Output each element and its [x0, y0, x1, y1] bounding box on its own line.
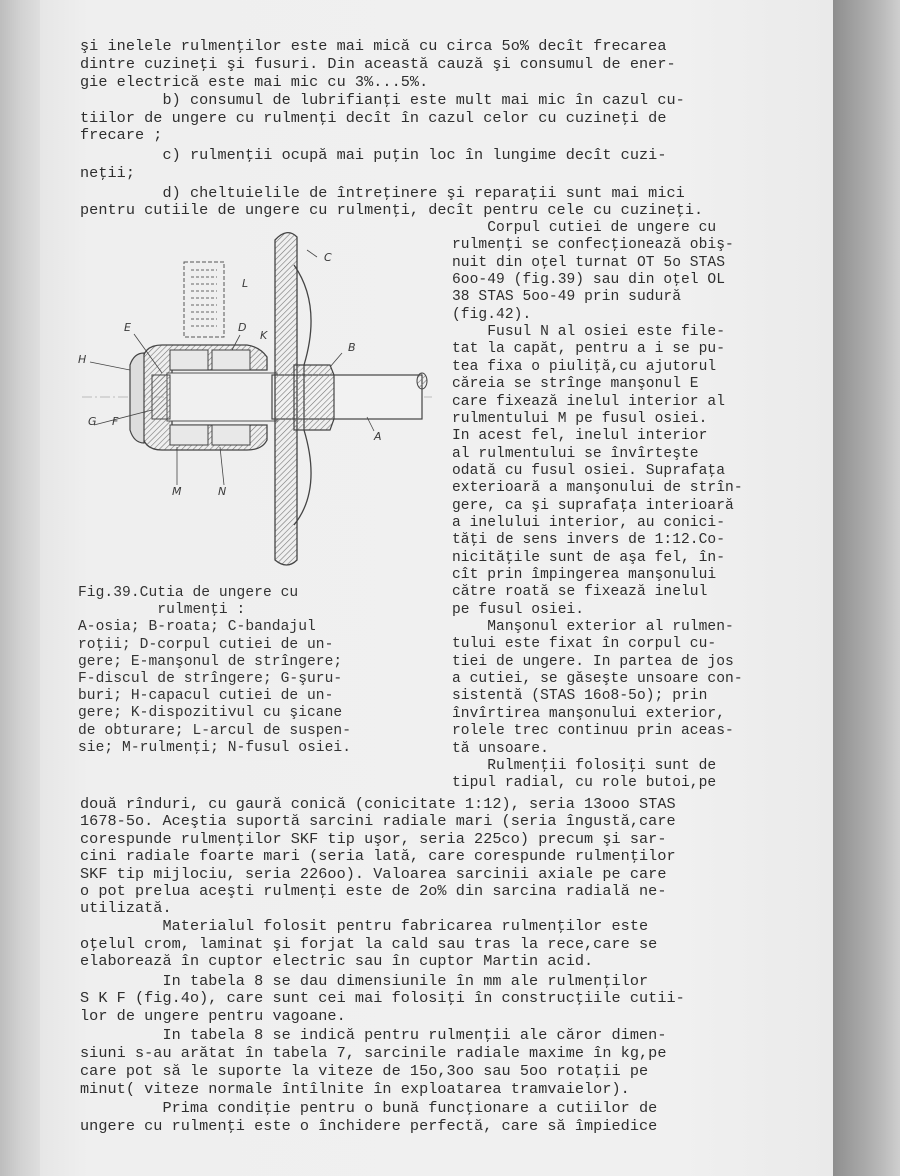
- book-spine-edge: [833, 0, 900, 1176]
- figure-label-g: G: [88, 415, 97, 428]
- text-line: gere, ca şi suprafaţa interioară: [452, 498, 734, 515]
- text-line: c) rulmenţii ocupă mai puţin loc în lung…: [80, 147, 667, 164]
- text-line: buri; H-capacul cutiei de un-: [78, 688, 333, 705]
- figure-label-f: F: [112, 415, 118, 428]
- text-line: dintre cuzineţi şi fusuri. Din această c…: [80, 56, 676, 73]
- text-line: care pot să le suporte la viteze de 15o,…: [80, 1063, 648, 1080]
- text-line: 6oo-49 (fig.39) sau din oţel OL: [452, 272, 725, 289]
- text-line: Materialul folosit pentru fabricarea rul…: [80, 918, 648, 935]
- text-line: a cutiei, se găseşte unsoare con-: [452, 671, 743, 688]
- text-line: Fig.39.Cutia de ungere cu: [78, 585, 298, 602]
- text-line: rolele trec continuu prin aceas-: [452, 723, 734, 740]
- text-line: pentru cutiile de ungere cu rulmenţi, de…: [80, 202, 703, 219]
- text-line: Manşonul exterior al rulmen-: [452, 619, 734, 636]
- text-line: rulmentului M pe fusul osiei.: [452, 411, 707, 428]
- text-line: corespunde rulmenţilor SKF tip uşor, ser…: [80, 831, 667, 848]
- text-line: tea fixa o piuliţă,cu ajutorul: [452, 359, 716, 376]
- figure-label-a: A: [374, 430, 382, 443]
- figure-label-n: N: [218, 485, 226, 498]
- text-line: odată cu fusul osiei. Suprafaţa: [452, 463, 725, 480]
- text-line: cini radiale foarte mari (seria lată, ca…: [80, 848, 676, 865]
- figure-label-c: C: [324, 251, 332, 264]
- text-line: Rulmenţii folosiţi sunt de: [452, 758, 716, 775]
- text-line: elaborează în cuptor electric sau în cup…: [80, 953, 593, 970]
- text-line: In tabela 8 se dau dimensiunile în mm al…: [80, 973, 648, 990]
- text-line: de obturare; L-arcul de suspen-: [78, 723, 351, 740]
- text-line: minut( viteze normale întîlnite în explo…: [80, 1081, 630, 1098]
- text-line: tat la capăt, pentru a i se pu-: [452, 341, 725, 358]
- text-line: siuni s-au arătat în tabela 7, sarcinile…: [80, 1045, 667, 1062]
- figure-label-m: M: [172, 485, 182, 498]
- text-line: Corpul cutiei de ungere cu: [452, 220, 716, 237]
- text-line: A-osia; B-roata; C-bandajul: [78, 619, 316, 636]
- text-line: şi inelele rulmenţilor este mai mică cu …: [80, 38, 667, 55]
- figure-label-h: H: [78, 353, 86, 366]
- text-line: rulmenţi se confecţionează obiş-: [452, 237, 734, 254]
- text-line: gere; E-manşonul de strîngere;: [78, 654, 342, 671]
- text-line: F-discul de strîngere; G-şuru-: [78, 671, 342, 688]
- text-line: Fusul N al osiei este file-: [452, 324, 725, 341]
- text-line: care fixează inelul interior al: [452, 394, 725, 411]
- text-line: b) consumul de lubrifianţi este mult mai…: [80, 92, 685, 109]
- text-line: Prima condiţie pentru o bună funcţionare…: [80, 1100, 657, 1117]
- text-line: gie electrică este mai mic cu 3%...5%.: [80, 74, 428, 91]
- text-line: exterioară a manşonului de strîn-: [452, 480, 743, 497]
- text-line: două rînduri, cu gaură conică (conicitat…: [80, 796, 676, 813]
- text-line: gere; K-dispozitivul cu şicane: [78, 705, 342, 722]
- figure-39-axle-box-drawing: C L E D K B H G F A M N: [72, 225, 442, 575]
- text-line: al rulmentului se învîrteşte: [452, 446, 699, 463]
- text-line: In acest fel, inelul interior: [452, 428, 707, 445]
- axle-box-bearing-illustration: [72, 225, 442, 575]
- text-line: oţelul crom, laminat şi forjat la cald s…: [80, 936, 657, 953]
- text-line: tăţi de sens invers de 1:12.Co-: [452, 532, 725, 549]
- text-line: pe fusul osiei.: [452, 602, 584, 619]
- text-line: către roată se fixează inelul: [452, 584, 707, 601]
- text-line: frecare ;: [80, 127, 162, 144]
- text-line: neţii;: [80, 165, 135, 182]
- text-line: tiilor de ungere cu rulmenţi decît în ca…: [80, 110, 667, 127]
- text-line: sie; M-rulmenţi; N-fusul osiei.: [78, 740, 351, 757]
- figure-label-b: B: [348, 341, 356, 354]
- text-line: utilizată.: [80, 900, 172, 917]
- text-line: d) cheltuielile de întreţinere şi repara…: [80, 185, 685, 202]
- text-line: o pot prelua aceşti rulmenţi este de 2o%…: [80, 883, 667, 900]
- text-line: tipul radial, cu role butoi,pe: [452, 775, 716, 792]
- figure-label-k: K: [260, 329, 267, 342]
- text-line: tiei de ungere. In partea de jos: [452, 654, 734, 671]
- text-line: nicităţile sunt de aşa fel, în-: [452, 550, 725, 567]
- text-line: 38 STAS 5oo-49 prin sudură: [452, 289, 681, 306]
- text-line: rulmenţi :: [78, 602, 245, 619]
- figure-label-e: E: [124, 321, 131, 334]
- text-line: a inelului interior, au conici-: [452, 515, 725, 532]
- text-line: 1678-5o. Aceştia suportă sarcini radiale…: [80, 813, 676, 830]
- figure-label-d: D: [238, 321, 246, 334]
- text-line: S K F (fig.4o), care sunt cei mai folosi…: [80, 990, 685, 1007]
- text-line: SKF tip mijlociu, seria 226oo). Valoarea…: [80, 866, 667, 883]
- text-line: tă unsoare.: [452, 741, 549, 758]
- text-line: ungere cu rulmenţi este o închidere perf…: [80, 1118, 657, 1135]
- text-line: nuit din oţel turnat OT 5o STAS: [452, 255, 725, 272]
- text-line: (fig.42).: [452, 307, 531, 324]
- text-line: tului este fixat în corpul cu-: [452, 636, 716, 653]
- figure-label-l: L: [242, 277, 248, 290]
- text-line: sistentă (STAS 16o8-5o); prin: [452, 688, 707, 705]
- text-line: cît prin împingerea manşonului: [452, 567, 716, 584]
- text-line: In tabela 8 se indică pentru rulmenţii a…: [80, 1027, 667, 1044]
- text-line: roţii; D-corpul cutiei de un-: [78, 637, 333, 654]
- text-line: lor de ungere pentru vagoane.: [80, 1008, 346, 1025]
- text-line: învîrtirea manşonului exterior,: [452, 706, 725, 723]
- text-line: căreia se strînge manşonul E: [452, 376, 699, 393]
